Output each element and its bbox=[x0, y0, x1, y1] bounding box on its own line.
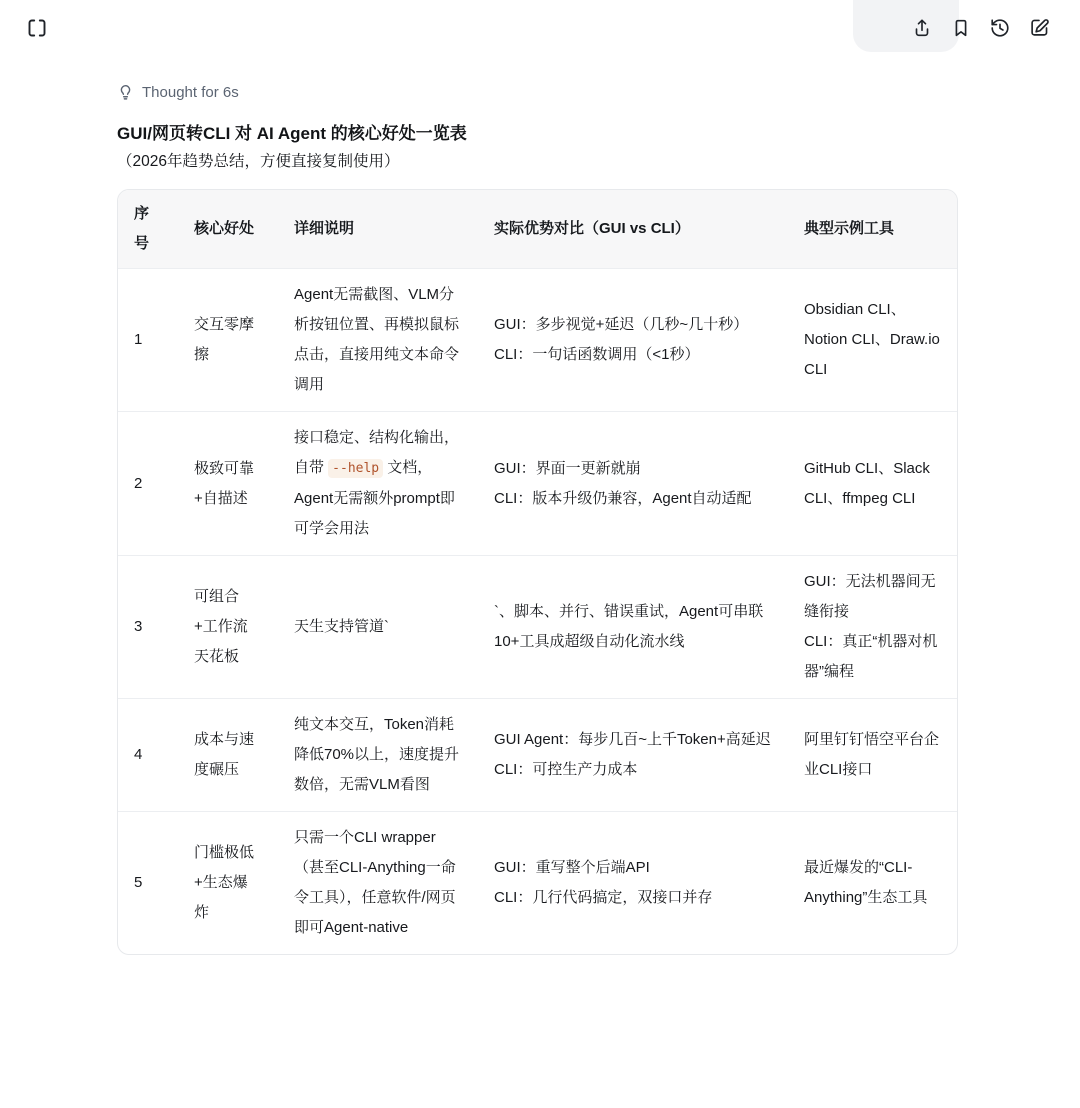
cell-benefit: 可组合+工作流天花板 bbox=[178, 556, 278, 699]
fullscreen-button[interactable] bbox=[25, 16, 49, 40]
thought-label: Thought for 6s bbox=[142, 84, 239, 101]
comparison-line: CLI：可控生产力成本 bbox=[494, 755, 772, 785]
compose-icon bbox=[1028, 17, 1050, 39]
tools-line: CLI：真正“机器对机器”编程 bbox=[804, 627, 943, 687]
lightbulb-icon bbox=[117, 84, 134, 101]
cell-no: 3 bbox=[118, 556, 178, 699]
comparison-line: CLI：一句话函数调用（<1秒） bbox=[494, 340, 772, 370]
cell-no: 1 bbox=[118, 269, 178, 412]
table-row: 3 可组合+工作流天花板 天生支持管道` `、脚本、并行、错误重试，Agent可… bbox=[118, 556, 958, 699]
cell-comparison: GUI：界面一更新就崩CLI：版本升级仍兼容，Agent自动适配 bbox=[478, 412, 788, 556]
cell-comparison: GUI Agent：每步几百~上千Token+高延迟CLI：可控生产力成本 bbox=[478, 699, 788, 812]
table-row: 5 门槛极低+生态爆炸 只需一个CLI wrapper（甚至CLI-Anythi… bbox=[118, 812, 958, 955]
history-icon bbox=[989, 17, 1011, 39]
cell-tools: GUI：无法机器间无缝衔接CLI：真正“机器对机器”编程 bbox=[788, 556, 958, 699]
cell-benefit: 交互零摩擦 bbox=[178, 269, 278, 412]
cell-detail: 接口稳定、结构化输出，自带 --help 文档，Agent无需额外prompt即… bbox=[278, 412, 478, 556]
cell-no: 4 bbox=[118, 699, 178, 812]
table-row: 2 极致可靠+自描述 接口稳定、结构化输出，自带 --help 文档，Agent… bbox=[118, 412, 958, 556]
comparison-line: GUI：多步视觉+延迟（几秒~几十秒） bbox=[494, 310, 772, 340]
benefits-table-grid: 序号 核心好处 详细说明 实际优势对比（GUI vs CLI） 典型示例工具 1… bbox=[118, 190, 958, 954]
cell-comparison: `、脚本、并行、错误重试，Agent可串联10+工具成超级自动化流水线 bbox=[478, 556, 788, 699]
share-button[interactable] bbox=[911, 17, 933, 39]
benefits-table: 序号 核心好处 详细说明 实际优势对比（GUI vs CLI） 典型示例工具 1… bbox=[117, 189, 958, 955]
history-button[interactable] bbox=[989, 17, 1011, 39]
bookmark-icon bbox=[950, 17, 972, 39]
thought-toggle[interactable]: Thought for 6s bbox=[117, 84, 239, 101]
col-header-comparison: 实际优势对比（GUI vs CLI） bbox=[478, 190, 788, 269]
comparison-line: CLI：几行代码搞定，双接口并存 bbox=[494, 883, 772, 913]
tools-line: Obsidian CLI、Notion CLI、Draw.io CLI bbox=[804, 295, 943, 385]
cell-no: 5 bbox=[118, 812, 178, 955]
comparison-line: CLI：版本升级仍兼容，Agent自动适配 bbox=[494, 484, 772, 514]
cell-tools: GitHub CLI、Slack CLI、ffmpeg CLI bbox=[788, 412, 958, 556]
cell-benefit: 极致可靠+自描述 bbox=[178, 412, 278, 556]
assistant-message: Thought for 6s GUI/网页转CLI 对 AI Agent 的核心… bbox=[117, 84, 958, 955]
bookmark-button[interactable] bbox=[950, 17, 972, 39]
cell-detail: 天生支持管道` bbox=[278, 556, 478, 699]
message-toolbar bbox=[911, 17, 1050, 39]
table-row: 4 成本与速度碾压 纯文本交互，Token消耗降低70%以上，速度提升数倍，无需… bbox=[118, 699, 958, 812]
inline-code: --help bbox=[328, 459, 383, 478]
cell-detail: 只需一个CLI wrapper（甚至CLI-Anything一命令工具），任意软… bbox=[278, 812, 478, 955]
tools-line: GitHub CLI、Slack CLI、ffmpeg CLI bbox=[804, 454, 943, 514]
comparison-line: GUI Agent：每步几百~上千Token+高延迟 bbox=[494, 725, 772, 755]
col-header-detail: 详细说明 bbox=[278, 190, 478, 269]
tools-line: 最近爆发的“CLI-Anything”生态工具 bbox=[804, 853, 943, 913]
table-header-row: 序号 核心好处 详细说明 实际优势对比（GUI vs CLI） 典型示例工具 bbox=[118, 190, 958, 269]
cell-benefit: 门槛极低+生态爆炸 bbox=[178, 812, 278, 955]
cell-detail: Agent无需截图、VLM分析按钮位置、再模拟鼠标点击，直接用纯文本命令调用 bbox=[278, 269, 478, 412]
fullscreen-icon bbox=[25, 16, 49, 40]
cell-tools: 阿里钉钉悟空平台企业CLI接口 bbox=[788, 699, 958, 812]
cell-benefit: 成本与速度碾压 bbox=[178, 699, 278, 812]
cell-tools: 最近爆发的“CLI-Anything”生态工具 bbox=[788, 812, 958, 955]
col-header-benefit: 核心好处 bbox=[178, 190, 278, 269]
col-header-tools: 典型示例工具 bbox=[788, 190, 958, 269]
comparison-line: GUI：重写整个后端API bbox=[494, 853, 772, 883]
cell-detail: 纯文本交互，Token消耗降低70%以上，速度提升数倍，无需VLM看图 bbox=[278, 699, 478, 812]
table-row: 1 交互零摩擦 Agent无需截图、VLM分析按钮位置、再模拟鼠标点击，直接用纯… bbox=[118, 269, 958, 412]
cell-comparison: GUI：多步视觉+延迟（几秒~几十秒）CLI：一句话函数调用（<1秒） bbox=[478, 269, 788, 412]
col-header-no: 序号 bbox=[118, 190, 178, 269]
answer-title: GUI/网页转CLI 对 AI Agent 的核心好处一览表 bbox=[117, 123, 958, 144]
cell-no: 2 bbox=[118, 412, 178, 556]
comparison-line: `、脚本、并行、错误重试，Agent可串联10+工具成超级自动化流水线 bbox=[494, 597, 772, 657]
cell-tools: Obsidian CLI、Notion CLI、Draw.io CLI bbox=[788, 269, 958, 412]
table-header: 序号 核心好处 详细说明 实际优势对比（GUI vs CLI） 典型示例工具 bbox=[118, 190, 958, 269]
tools-line: GUI：无法机器间无缝衔接 bbox=[804, 567, 943, 627]
table-body: 1 交互零摩擦 Agent无需截图、VLM分析按钮位置、再模拟鼠标点击，直接用纯… bbox=[118, 269, 958, 955]
share-icon bbox=[911, 17, 933, 39]
comparison-line: GUI：界面一更新就崩 bbox=[494, 454, 772, 484]
compose-button[interactable] bbox=[1028, 17, 1050, 39]
cell-comparison: GUI：重写整个后端APICLI：几行代码搞定，双接口并存 bbox=[478, 812, 788, 955]
answer-subtitle: （2026年趋势总结，方便直接复制使用） bbox=[117, 152, 958, 172]
tools-line: 阿里钉钉悟空平台企业CLI接口 bbox=[804, 725, 943, 785]
